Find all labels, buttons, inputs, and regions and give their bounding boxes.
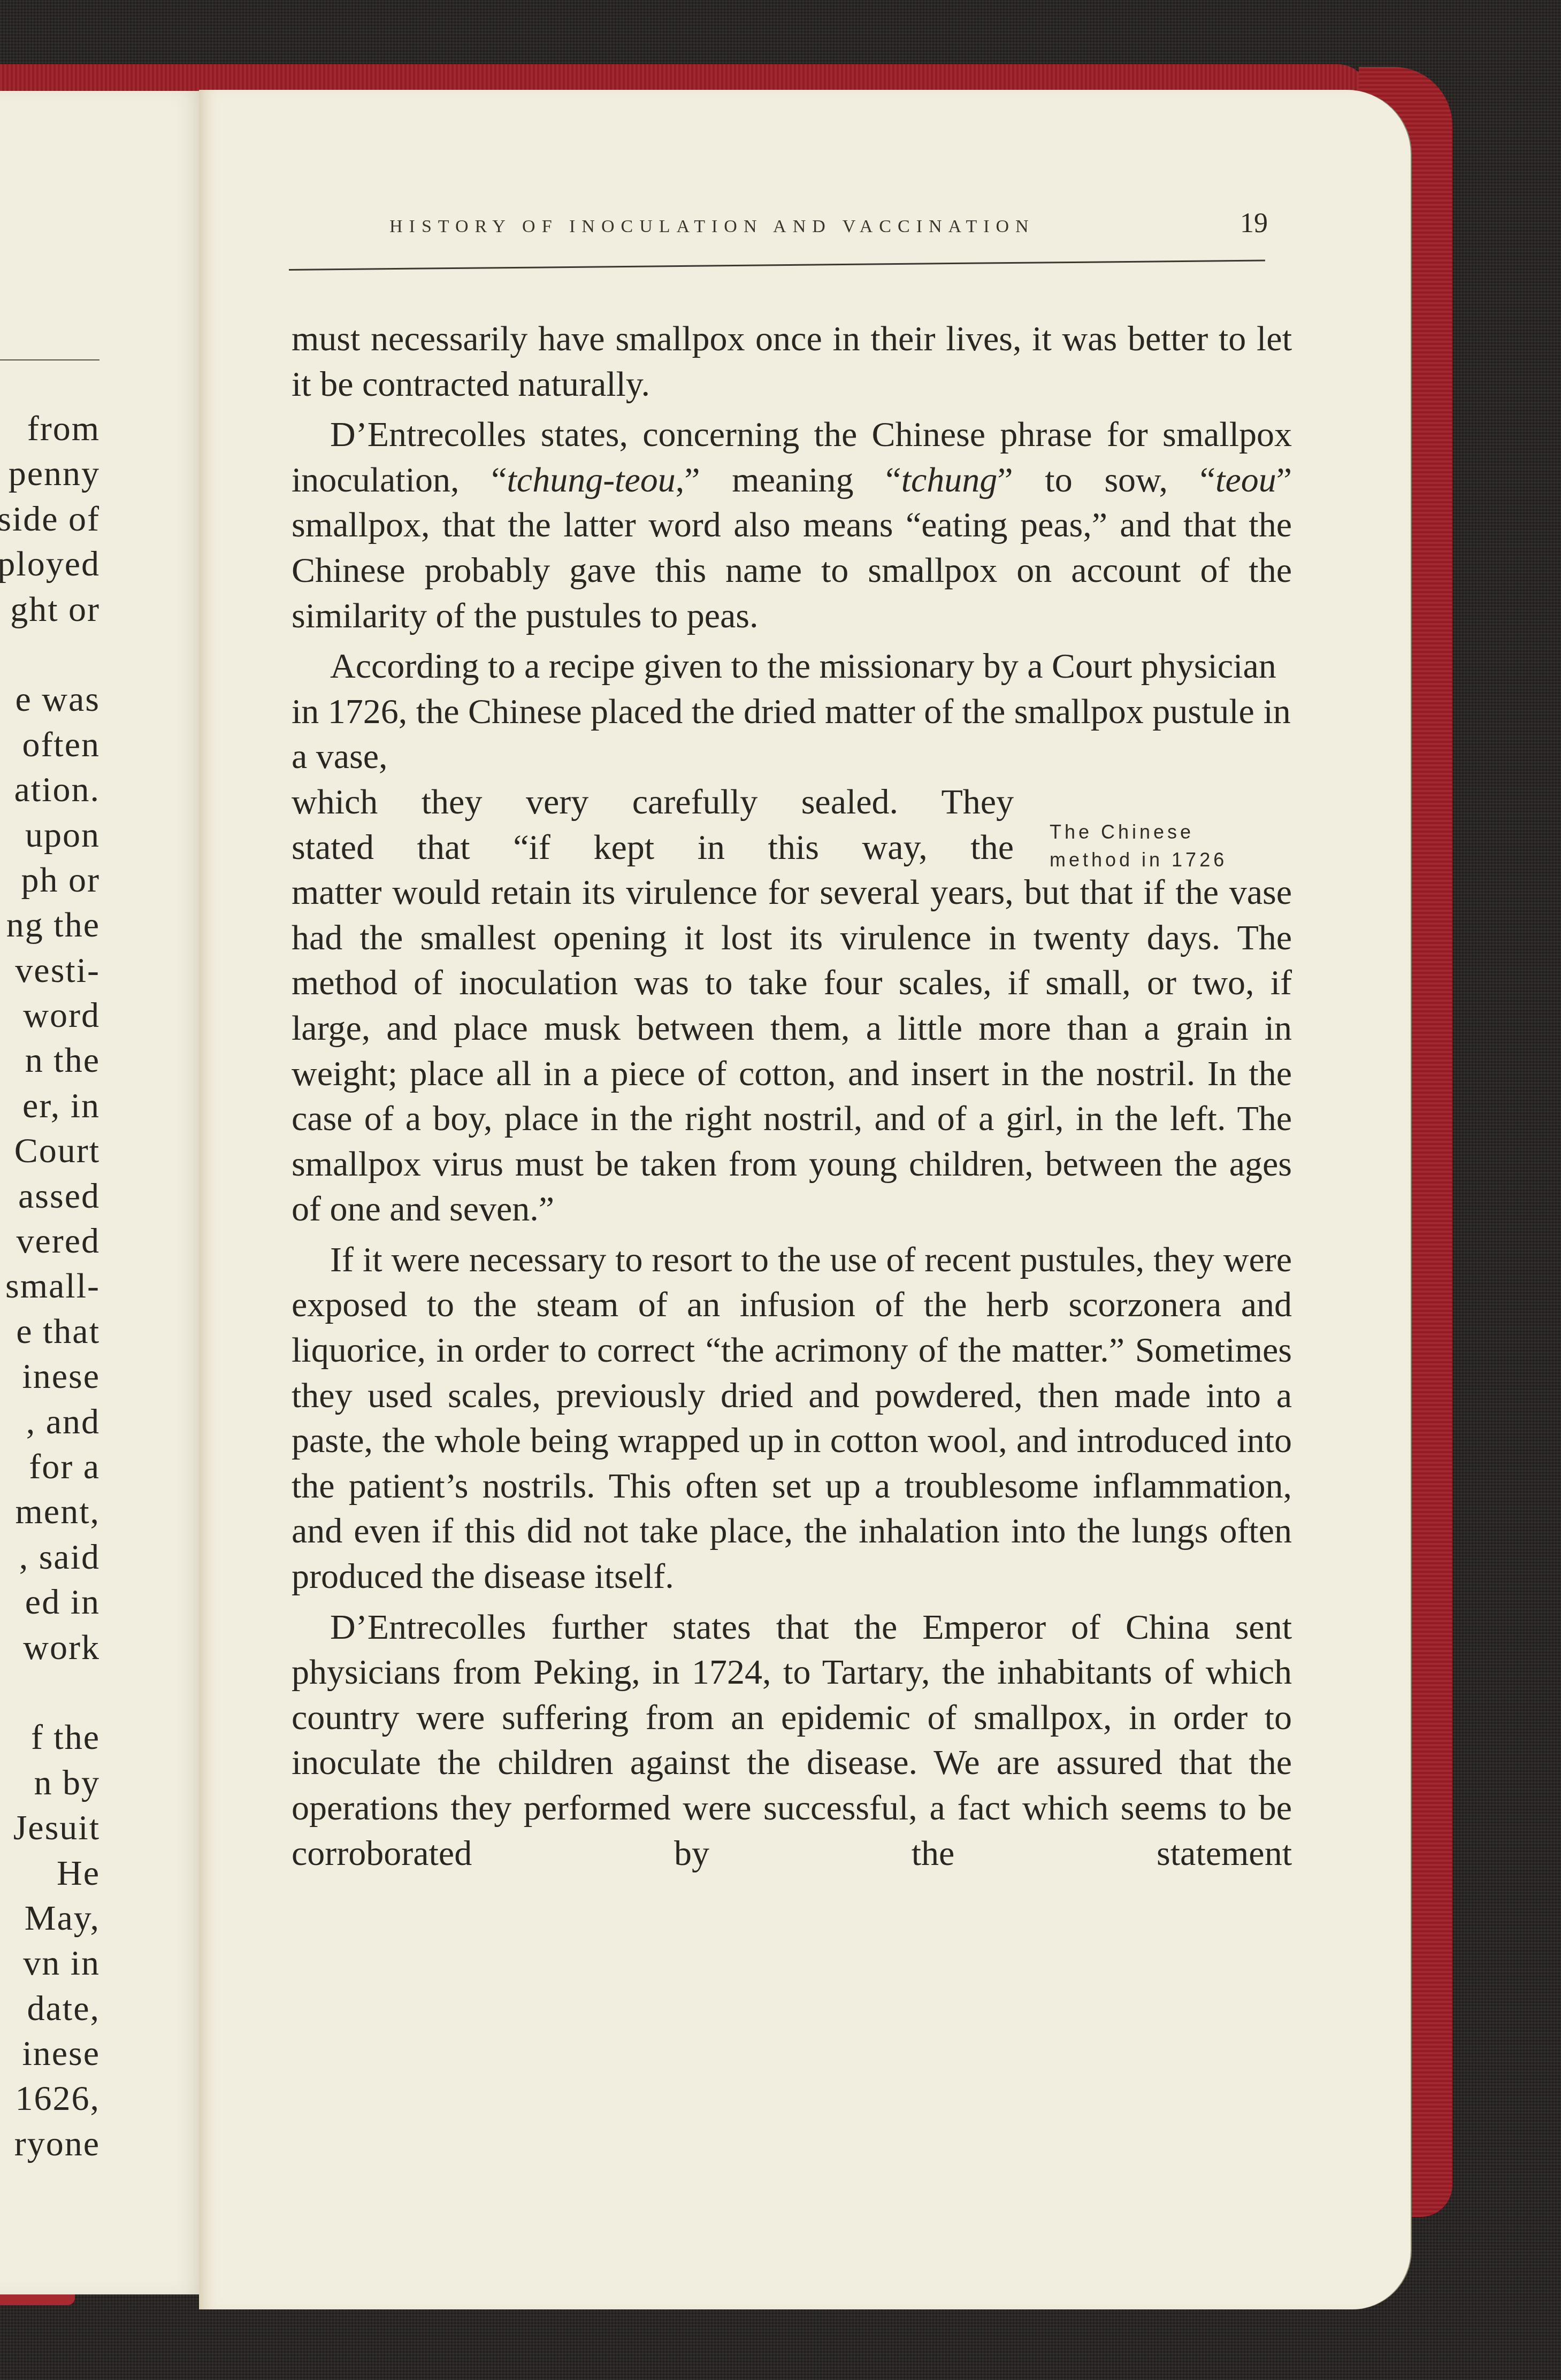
left-page: frompennyside ofployedght ore wasoftenat…: [0, 91, 203, 2294]
left-page-line: side of: [0, 497, 100, 542]
term-tchung-teou: tchung-teou: [507, 460, 676, 500]
left-page-line: Court: [0, 1128, 100, 1173]
left-page-head-rule: [0, 359, 100, 360]
left-page-text-fragments: frompennyside ofployedght ore wasoftenat…: [0, 406, 100, 2167]
left-page-line: inese: [0, 2031, 100, 2076]
left-page-line: May,: [0, 1896, 100, 1941]
running-head: HISTORY OF INOCULATION AND VACCINATION: [389, 217, 1277, 237]
paragraph-3-sidenote-line-1: which they very carefully sealed. They: [292, 780, 1014, 825]
paragraph-3-sidenote-line-2: stated that “if kept in this way, the: [292, 825, 1014, 871]
left-page-line: , and: [0, 1400, 100, 1445]
left-page-line: word: [0, 993, 100, 1038]
left-page-line: vered: [0, 1219, 100, 1264]
left-page-line: ph or: [0, 858, 100, 903]
left-page-line: ryone: [0, 2122, 100, 2167]
paragraph-3-rest: matter would retain its virulence for se…: [292, 870, 1292, 1232]
left-page-line: [0, 1670, 100, 1715]
left-page-line: assed: [0, 1174, 100, 1219]
left-page-line: ed in: [0, 1580, 100, 1625]
left-page-line: work: [0, 1625, 100, 1670]
left-page-line: [0, 632, 100, 677]
left-page-line: ng the: [0, 903, 100, 948]
sidenote-line-2: method in 1726: [1050, 846, 1227, 874]
paragraph-2: D’Entrecolles states, concerning the Chi…: [292, 412, 1292, 639]
left-page-line: upon: [0, 813, 100, 858]
left-page-line: He: [0, 1851, 100, 1896]
left-page-line: vn in: [0, 1941, 100, 1986]
left-page-line: ployed: [0, 542, 100, 587]
marginal-sidenote: The Chinese method in 1726: [1050, 818, 1227, 874]
paragraph-4: If it were necessary to resort to the us…: [292, 1238, 1292, 1600]
left-page-line: e that: [0, 1309, 100, 1354]
sidenote-line-1: The Chinese: [1050, 818, 1227, 846]
page-number: 19: [1240, 208, 1268, 239]
left-page-line: er, in: [0, 1084, 100, 1128]
left-page-line: n the: [0, 1038, 100, 1083]
left-page-line: Jesuit: [0, 1806, 100, 1851]
paragraph-5: D’Entrecolles further states that the Em…: [292, 1605, 1292, 1877]
left-page-line: e was: [0, 677, 100, 722]
left-page-line: often: [0, 723, 100, 767]
left-page-line: , said: [0, 1535, 100, 1580]
left-page-line: ment,: [0, 1490, 100, 1534]
left-page-line: for a: [0, 1445, 100, 1490]
left-page-line: ght or: [0, 587, 100, 632]
left-page-line: n by: [0, 1761, 100, 1806]
paragraph-3-opening: According to a recipe given to the missi…: [292, 644, 1292, 780]
left-page-line: small-: [0, 1264, 100, 1309]
left-page-line: from: [0, 406, 100, 451]
left-page-line: penny: [0, 451, 100, 496]
paragraph-1: must necessarily have smallpox once in t…: [292, 317, 1292, 407]
left-page-line: f the: [0, 1715, 100, 1760]
left-page-line: date,: [0, 1986, 100, 2031]
left-page-line: 1626,: [0, 2076, 100, 2121]
term-teou: teou: [1215, 460, 1276, 500]
body-text: must necessarily have smallpox once in t…: [292, 317, 1292, 1876]
left-page-line: inese: [0, 1354, 100, 1399]
left-page-line: vesti-: [0, 948, 100, 993]
term-tchung: tchung: [901, 460, 998, 500]
left-page-line: ation.: [0, 767, 100, 812]
